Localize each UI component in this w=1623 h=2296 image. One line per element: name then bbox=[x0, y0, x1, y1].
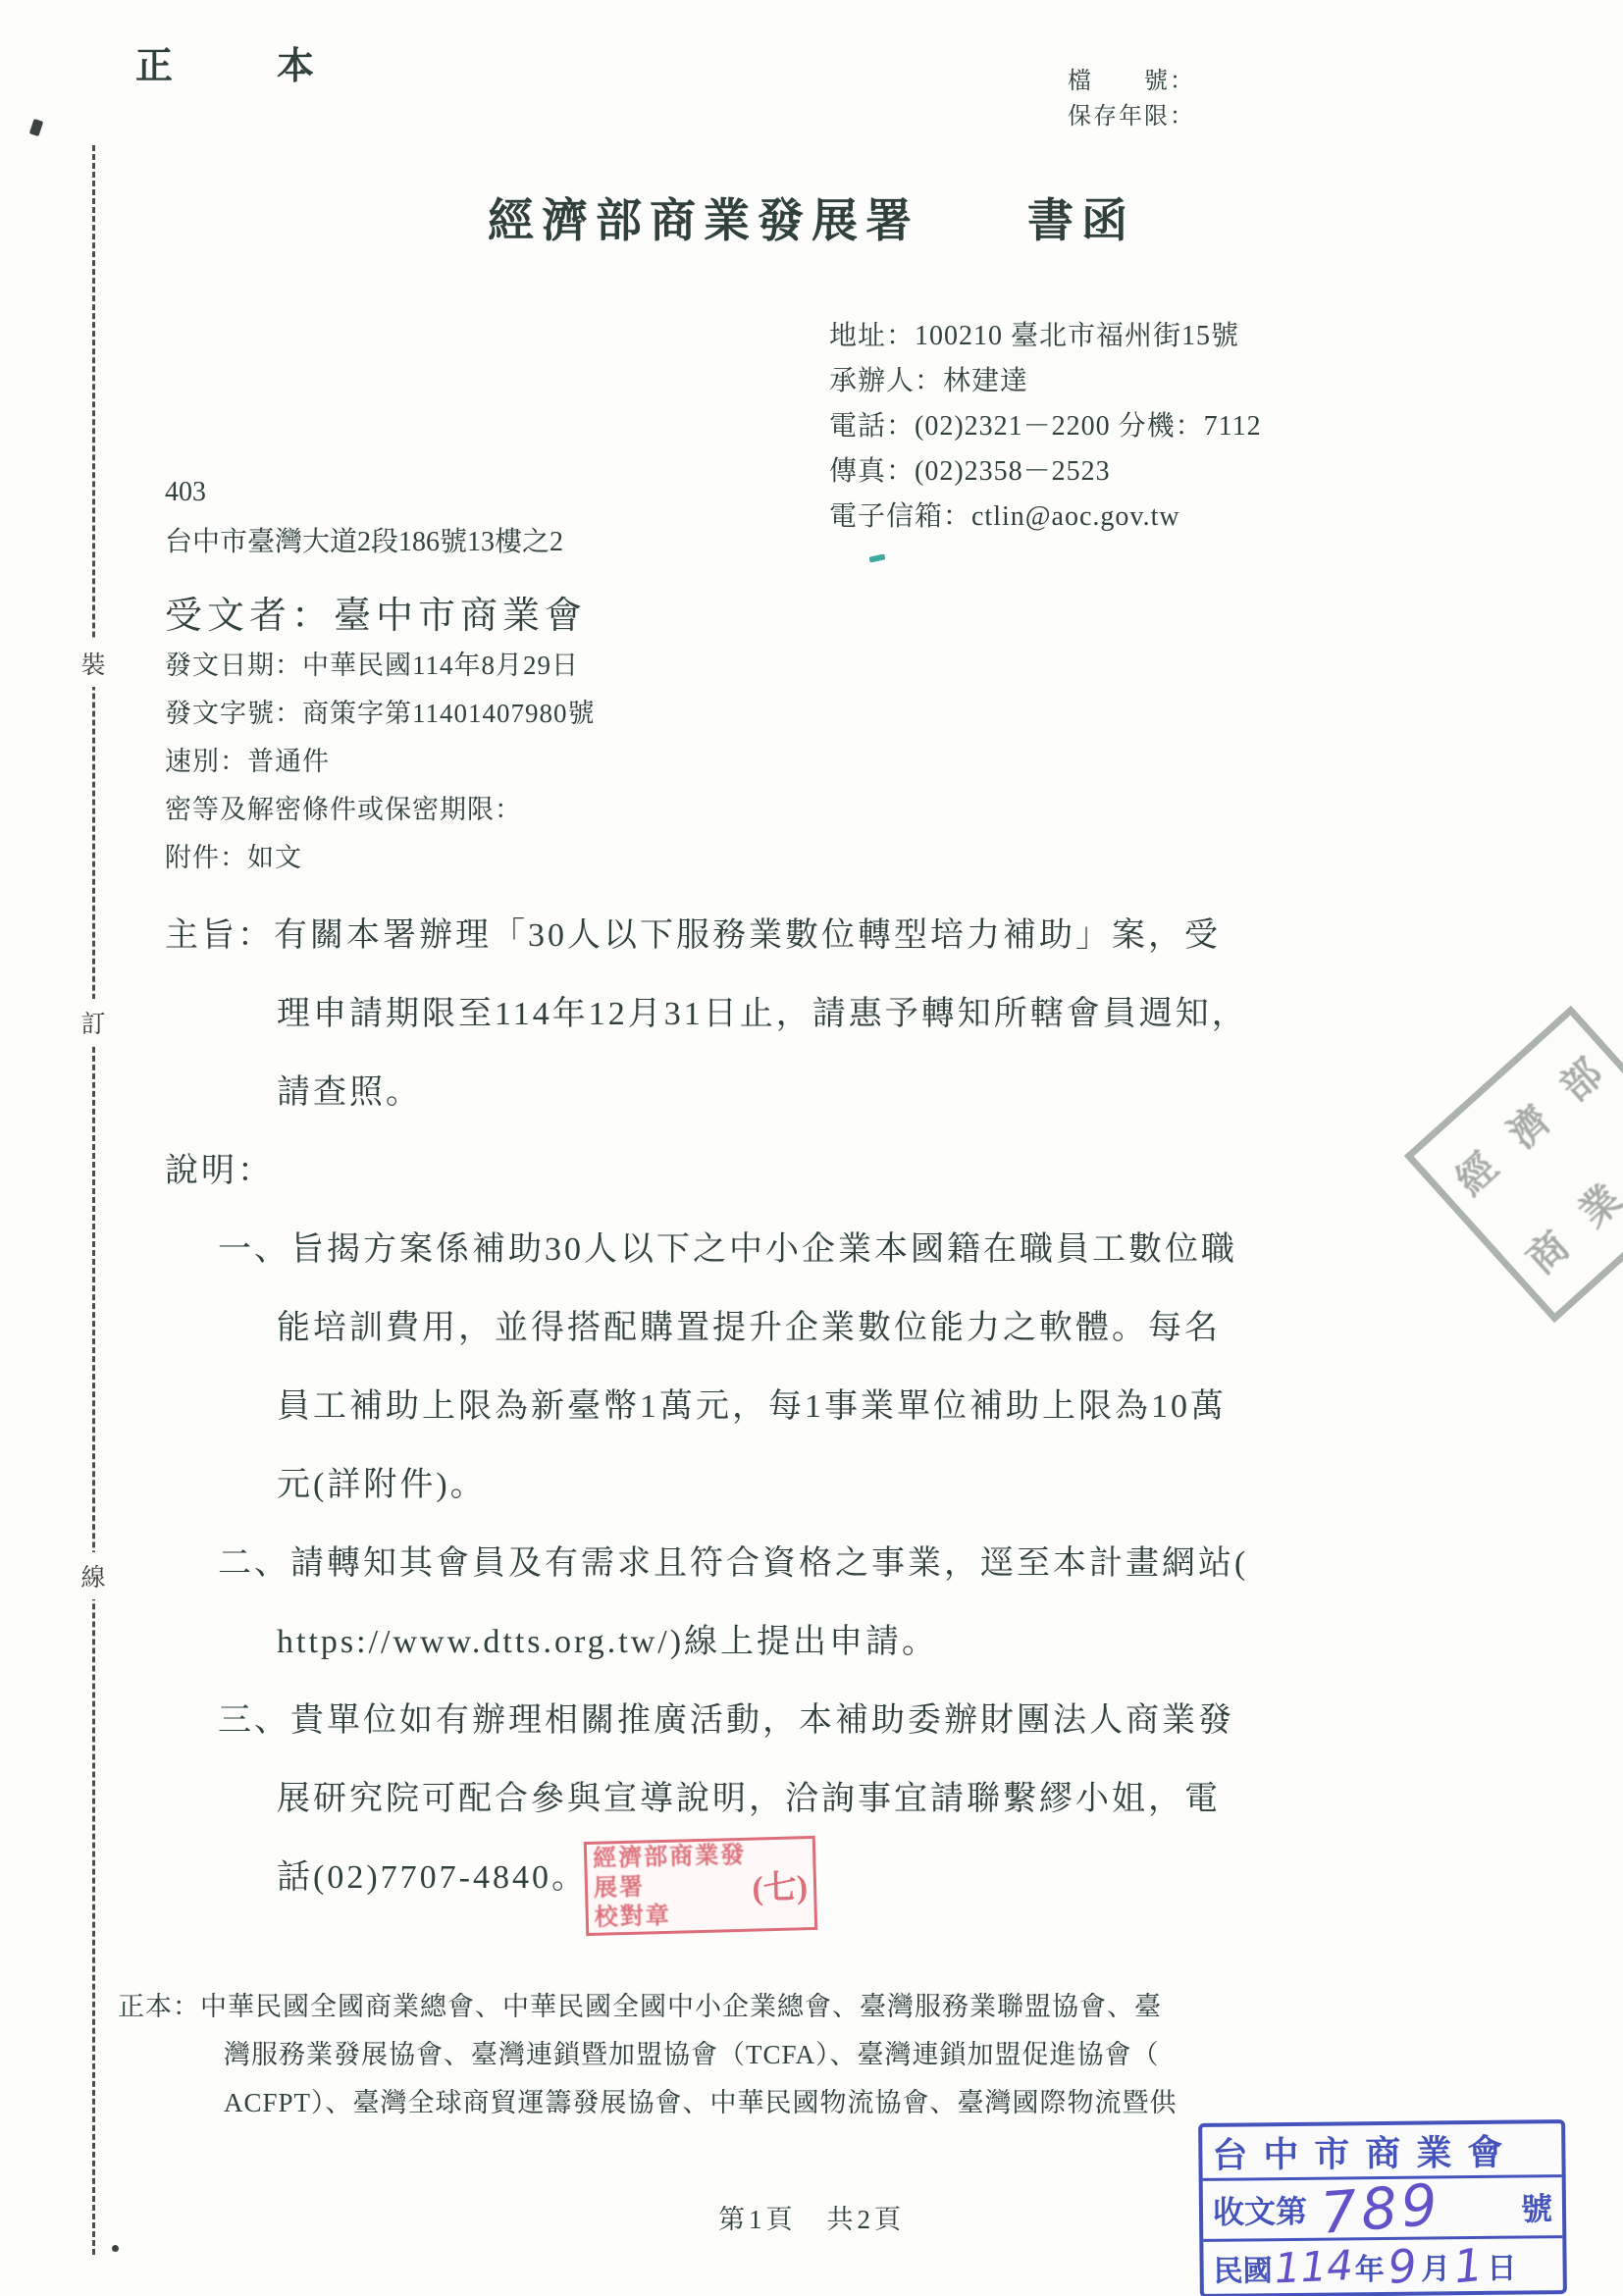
security-classification: 密等及解密條件或保密期限： bbox=[165, 788, 522, 826]
receipt-day-handwritten: 1 bbox=[1451, 2237, 1485, 2293]
explanation-item3-line: 話(02)7707-4840。 bbox=[277, 1850, 588, 1898]
sender-contact-person: 承辦人：林建達 bbox=[829, 359, 1028, 398]
subject-line: 理申請期限至114年12月31日止，請惠予轉知所轄會員週知， bbox=[277, 986, 1248, 1034]
explanation-heading: 說明： bbox=[165, 1143, 274, 1191]
explanation-item2-line: 二、請轉知其會員及有需求且符合資格之事業，逕至本計畫網站( bbox=[218, 1536, 1248, 1584]
red-stamp-seal-text: 經濟部商業發展署 校對章 bbox=[593, 1841, 754, 1933]
attachment-note: 附件：如文 bbox=[165, 836, 302, 874]
document-title: 經濟部商業發展署 書函 bbox=[0, 184, 1623, 250]
receipt-month-handwritten: 9 bbox=[1386, 2238, 1419, 2294]
explanation-item1-line: 元(詳附件)。 bbox=[277, 1457, 487, 1505]
retention-period-label: 保存年限： bbox=[1068, 96, 1195, 130]
issue-number: 發文字號：商策字第11401407980號 bbox=[165, 692, 596, 730]
red-verification-stamp: 經濟部商業發展署 校對章 (七) bbox=[584, 1836, 817, 1936]
subject-line: 主旨：有關本署辦理「30人以下服務業數位轉型培力補助」案，受 bbox=[165, 908, 1221, 956]
distribution-line: 灣服務業發展協會、臺灣連鎖暨加盟協會（TCFA）、臺灣連鎖加盟促進協會（ bbox=[224, 2033, 1160, 2071]
receipt-org-name: 台中市商業會 bbox=[1212, 2124, 1552, 2178]
binding-char-zhuang: 裝 bbox=[77, 640, 110, 687]
subject-line: 請查照。 bbox=[277, 1065, 422, 1113]
issue-date: 發文日期：中華民國114年8月29日 bbox=[165, 644, 579, 682]
recipient-address: 台中市臺灣大道2段186號13樓之2 bbox=[165, 520, 563, 559]
page-number-footer: 第1頁 共2頁 bbox=[0, 2198, 1623, 2236]
sender-email: 電子信箱：ctlin@aoc.gov.tw bbox=[829, 495, 1180, 534]
receipt-stamp-org-row: 台中市商業會 bbox=[1202, 2123, 1562, 2178]
binding-dashed-line bbox=[92, 145, 95, 2255]
scan-artifact bbox=[869, 553, 886, 562]
binding-char-ding: 訂 bbox=[77, 999, 110, 1046]
scan-artifact bbox=[112, 2245, 119, 2252]
explanation-item2-line: https://www.dtts.org.tw/)線上提出申請。 bbox=[277, 1614, 938, 1662]
distribution-line: ACFPT）、臺灣全球商貿運籌發展協會、中華民國物流協會、臺灣國際物流暨供 bbox=[224, 2081, 1178, 2119]
distribution-line: 正本：中華民國全國商業總會、中華民國全國中小企業總會、臺灣服務業聯盟協會、臺 bbox=[118, 1985, 1162, 2023]
scan-artifact bbox=[29, 119, 43, 136]
file-number-label: 檔 號： bbox=[1068, 61, 1195, 95]
priority-level: 速別：普通件 bbox=[165, 740, 330, 778]
sender-address: 地址：100210 臺北市福州街15號 bbox=[829, 314, 1239, 353]
explanation-item1-line: 員工補助上限為新臺幣1萬元，每1事業單位補助上限為10萬 bbox=[277, 1379, 1227, 1427]
red-stamp-number: (七) bbox=[752, 1859, 809, 1908]
sender-phone: 電話：(02)2321－2200 分機：7112 bbox=[829, 404, 1262, 444]
explanation-item1-line: 能培訓費用，並得搭配購置提升企業數位能力之軟體。每名 bbox=[277, 1300, 1221, 1348]
sender-fax: 傳真：(02)2358－2523 bbox=[829, 449, 1111, 489]
copy-type-label: 正 本 bbox=[135, 35, 347, 89]
explanation-item3-line: 展研究院可配合參與宣導說明，洽詢事宜請聯繫繆小姐，電 bbox=[277, 1771, 1221, 1819]
receipt-year-handwritten: 114 bbox=[1274, 2241, 1354, 2293]
agency-seal-partial: 經 濟 部 商 業 署 bbox=[1404, 1006, 1623, 1323]
explanation-item3-line: 三、貴單位如有辦理相關推廣活動，本補助委辦財團法人商業發 bbox=[218, 1693, 1234, 1741]
recipient-name: 受文者：臺中市商業會 bbox=[165, 585, 587, 639]
binding-char-xian: 線 bbox=[77, 1552, 110, 1599]
receipt-stamp-date-row: 民國 114 年 9 月 1 日 bbox=[1203, 2235, 1563, 2294]
recipient-zip: 403 bbox=[165, 477, 206, 508]
scanned-official-letter: 正 本 檔 號： 保存年限： 經濟部商業發展署 書函 地址：100210 臺北市… bbox=[0, 0, 1623, 2296]
explanation-item1-line: 一、旨揭方案係補助30人以下之中小企業本國籍在職員工數位職 bbox=[218, 1222, 1237, 1270]
